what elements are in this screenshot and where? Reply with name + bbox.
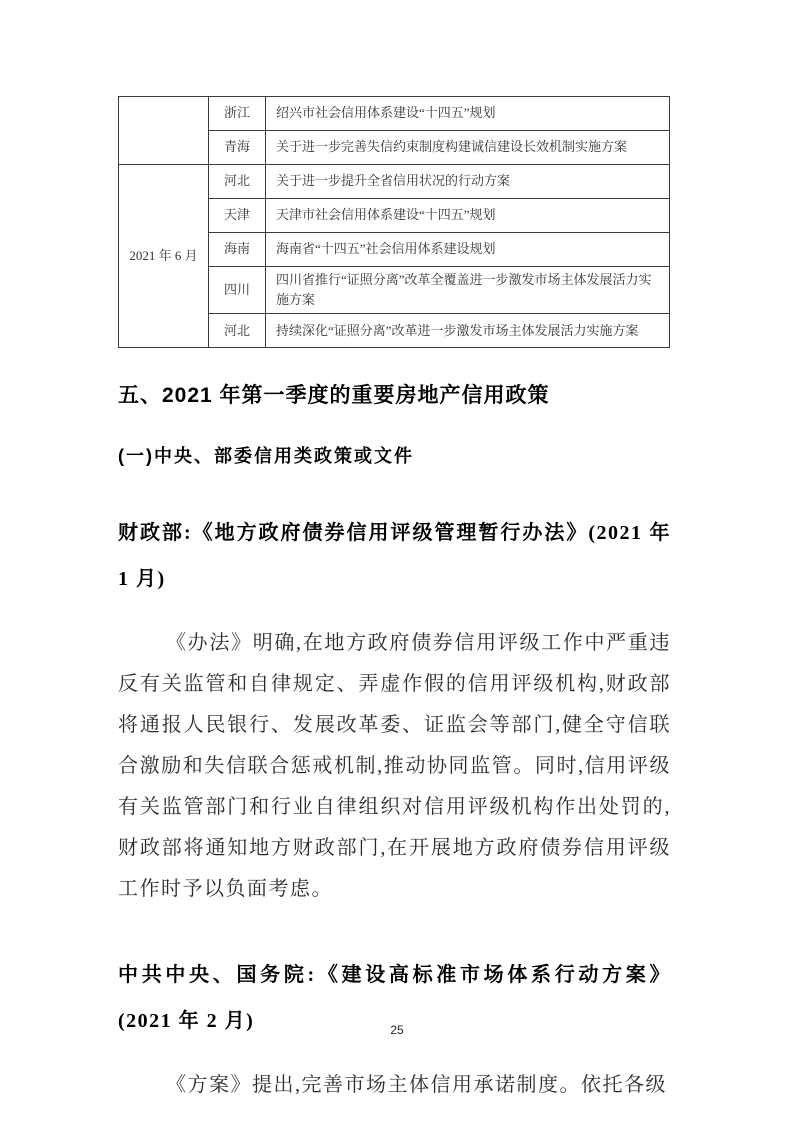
document-page: 浙江 绍兴市社会信用体系建设“十四五”规划 青海 关于进一步完善失信约束制度构建…	[0, 0, 794, 1123]
province-cell: 河北	[209, 314, 266, 348]
policy1-body: 《办法》明确,在地方政府债券信用评级工作中严重违反有关监管和自律规定、弄虚作假的…	[118, 623, 671, 910]
policy2-body: 《方案》提出,完善市场主体信用承诺制度。依托各级	[118, 1065, 671, 1106]
document-cell: 关于进一步提升全省信用状况的行动方案	[266, 165, 670, 199]
document-cell: 天津市社会信用体系建设“十四五”规划	[266, 199, 670, 233]
province-cell: 浙江	[209, 97, 266, 131]
page-content: 浙江 绍兴市社会信用体系建设“十四五”规划 青海 关于进一步完善失信约束制度构建…	[118, 96, 671, 1106]
table-row: 浙江 绍兴市社会信用体系建设“十四五”规划	[119, 97, 670, 131]
table-row: 2021 年 6 月 河北 关于进一步提升全省信用状况的行动方案	[119, 165, 670, 199]
chapter-title: 五、2021 年第一季度的重要房地产信用政策	[118, 379, 671, 409]
province-cell: 海南	[209, 233, 266, 267]
date-cell: 2021 年 6 月	[119, 165, 209, 348]
document-cell: 四川省推行“证照分离”改革全覆盖进一步激发市场主体发展活力实施方案	[266, 267, 670, 314]
document-cell: 关于进一步完善失信约束制度构建诚信建设长效机制实施方案	[266, 131, 670, 165]
province-cell: 青海	[209, 131, 266, 165]
policy-table: 浙江 绍兴市社会信用体系建设“十四五”规划 青海 关于进一步完善失信约束制度构建…	[118, 96, 670, 348]
subsection-title: (一)中央、部委信用类政策或文件	[118, 442, 671, 468]
province-cell: 四川	[209, 267, 266, 314]
page-number: 25	[0, 1023, 794, 1037]
policy1-title: 财政部:《地方政府债券信用评级管理暂行办法》(2021 年 1 月)	[118, 510, 671, 602]
document-cell: 海南省“十四五”社会信用体系建设规划	[266, 233, 670, 267]
document-cell: 持续深化“证照分离”改革进一步激发市场主体发展活力实施方案	[266, 314, 670, 348]
document-cell: 绍兴市社会信用体系建设“十四五”规划	[266, 97, 670, 131]
province-cell: 天津	[209, 199, 266, 233]
province-cell: 河北	[209, 165, 266, 199]
date-cell	[119, 97, 209, 165]
